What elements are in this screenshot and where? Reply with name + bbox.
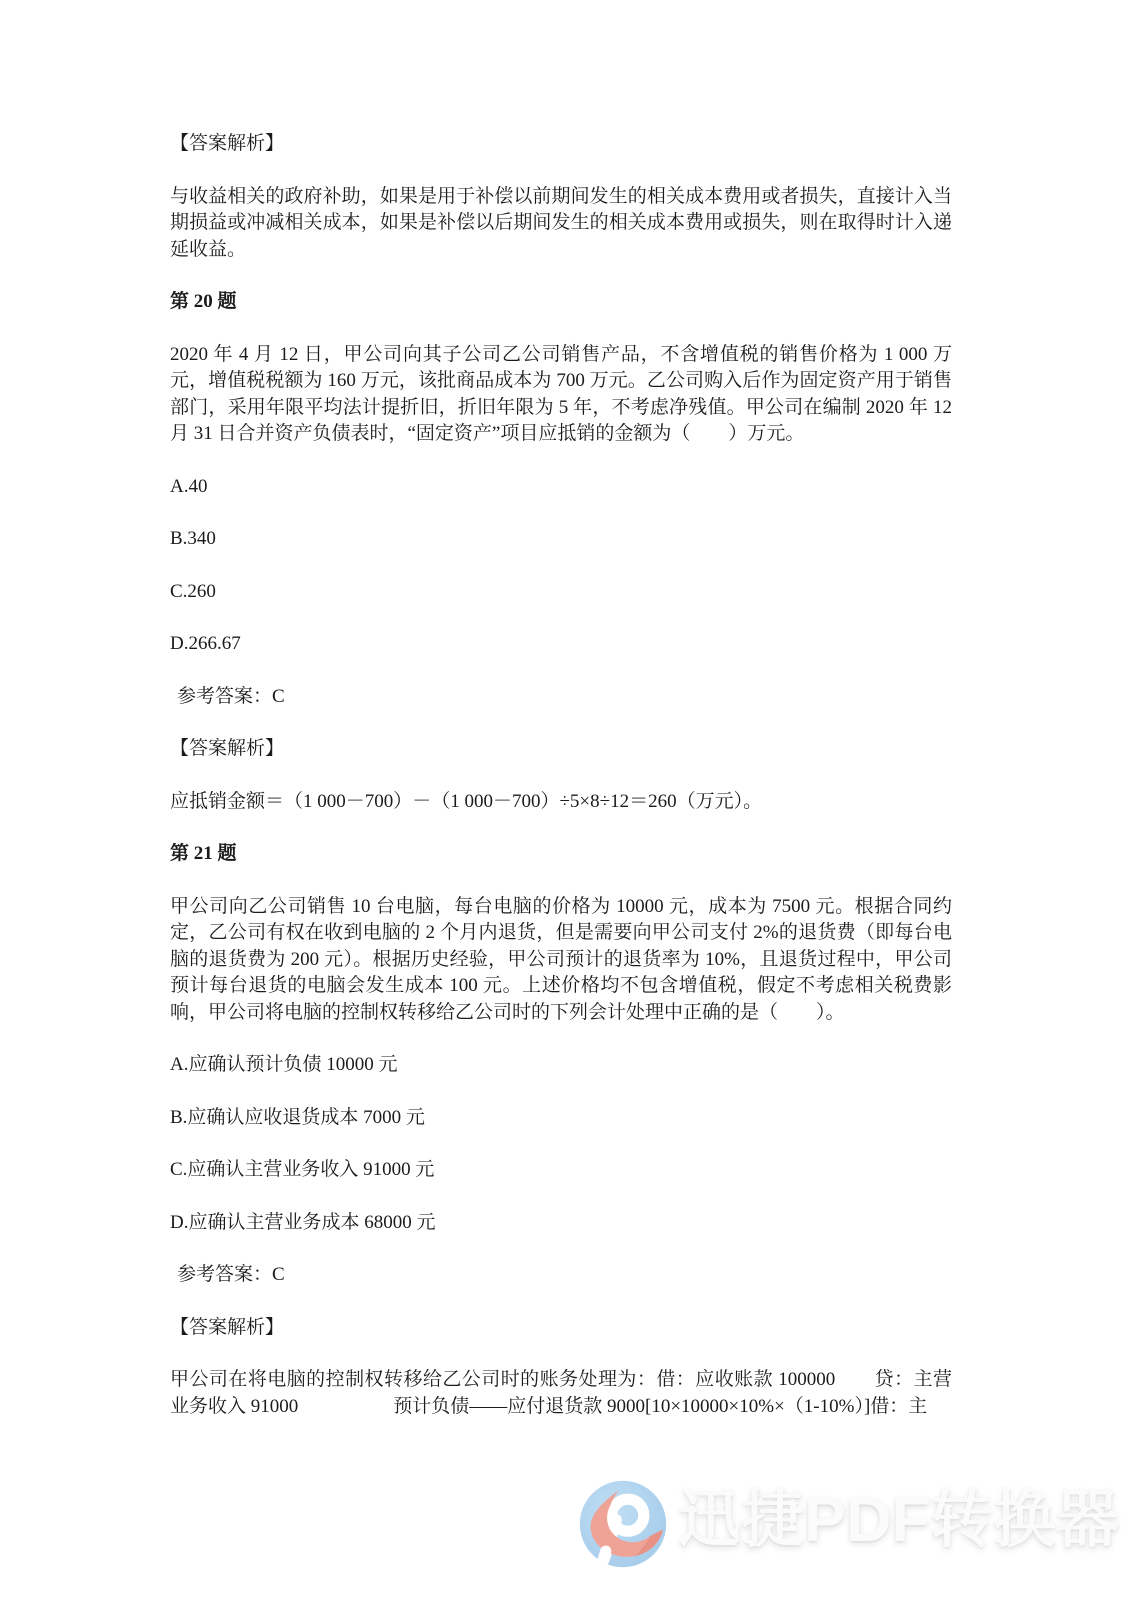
- question-20-option-a: A.40: [170, 474, 952, 501]
- question-21-analysis-body: 甲公司在将电脑的控制权转移给乙公司时的账务处理为：借：应收账款 100000 贷…: [170, 1367, 952, 1420]
- prev-analysis-label: 【答案解析】: [170, 131, 952, 158]
- question-21-analysis-label: 【答案解析】: [170, 1315, 952, 1342]
- watermark-text: 迅捷PDF转换器: [678, 1489, 1119, 1560]
- exam-document-page: 【答案解析】 与收益相关的政府补助，如果是用于补偿以前期间发生的相关成本费用或者…: [170, 131, 952, 1420]
- question-20-analysis-label: 【答案解析】: [170, 736, 952, 763]
- question-21-option-d: D.应确认主营业务成本 68000 元: [170, 1210, 952, 1237]
- question-20-option-c: C.260: [170, 579, 952, 606]
- question-20-option-d: D.266.67: [170, 631, 952, 658]
- xunjie-pdf-converter-logo-icon: [579, 1480, 667, 1568]
- question-21-option-b: B.应确认应收退货成本 7000 元: [170, 1105, 952, 1132]
- question-21-reference-answer: 参考答案：C: [170, 1262, 952, 1289]
- question-20-body: 2020 年 4 月 12 日，甲公司向其子公司乙公司销售产品，不含增值税的销售…: [170, 342, 952, 448]
- prev-analysis-body: 与收益相关的政府补助，如果是用于补偿以前期间发生的相关成本费用或者损失，直接计入…: [170, 184, 952, 264]
- question-20-analysis-body: 应抵销金额＝（1 000－700）－（1 000－700）÷5×8÷12＝260…: [170, 789, 952, 816]
- question-21-title: 第 21 题: [170, 841, 952, 868]
- question-20-reference-answer: 参考答案：C: [170, 684, 952, 711]
- question-21-option-c: C.应确认主营业务收入 91000 元: [170, 1157, 952, 1184]
- converter-watermark: 迅捷PDF转换器: [579, 1480, 1119, 1568]
- question-20-option-b: B.340: [170, 526, 952, 553]
- question-21-body: 甲公司向乙公司销售 10 台电脑，每台电脑的价格为 10000 元，成本为 75…: [170, 894, 952, 1027]
- question-20-title: 第 20 题: [170, 289, 952, 316]
- question-21-option-a: A.应确认预计负债 10000 元: [170, 1052, 952, 1079]
